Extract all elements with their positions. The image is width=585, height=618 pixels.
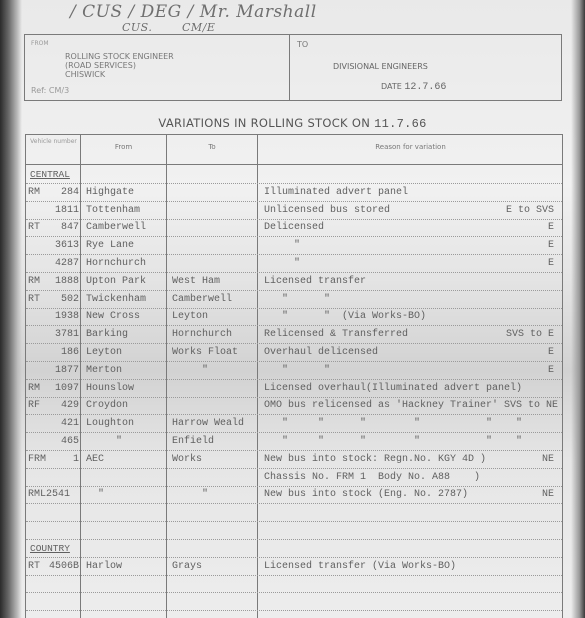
from-cell: Harlow [86, 561, 122, 572]
table-row: 1938New CrossLeyton " " (Via Works-BO) [26, 308, 562, 326]
vehicle-class: RM [28, 276, 40, 287]
reason-cell: Illuminated advert panel [264, 187, 408, 198]
from-cell: Tottenham [86, 205, 140, 216]
from-cell: Barking [86, 329, 128, 340]
table-row [26, 522, 562, 540]
vehicle-fleet-number: 186 [61, 347, 79, 358]
vehicle-fleet-number: 284 [61, 187, 79, 198]
vehicle-fleet-number: 1 [73, 454, 79, 465]
header-rule [26, 164, 562, 165]
title-date: 11.7.66 [374, 117, 427, 131]
table-row [26, 575, 562, 593]
handwritten-routing-annotation: / CUS / DEG / Mr. Marshall CUS. CM/E [70, 2, 317, 22]
table-row: RT4506BHarlowGraysLicensed transfer (Via… [26, 558, 562, 576]
table-row: RF429CroydonOMO bus relicensed as 'Hackn… [26, 397, 562, 415]
vehicle-class: RM [28, 383, 40, 394]
to-label: TO [297, 40, 308, 49]
division-code-cell: E [548, 347, 554, 358]
handwritten-sub-1: CUS. [122, 21, 152, 34]
table-row: 3781BarkingHornchurchRelicensed & Transf… [26, 326, 562, 344]
vehicle-fleet-number: 4506B [49, 561, 79, 572]
vehicle-fleet-number: 3613 [55, 240, 79, 251]
title-text: VARIATIONS IN ROLLING STOCK ON [158, 116, 370, 130]
date-field: DATE 12.7.66 [381, 82, 446, 93]
from-cell: Hounslow [86, 383, 134, 394]
table-row: RML2541 " "New bus into stock (Eng. No. … [26, 486, 562, 504]
date-label: DATE [381, 82, 402, 91]
to-cell: Harrow Weald [172, 418, 244, 429]
vehicle-class: RM [28, 187, 40, 198]
division-code-cell: SVS to E [506, 329, 554, 340]
reference-number: Ref: CM/3 [31, 86, 69, 95]
vehicle-fleet-number: 421 [61, 418, 79, 429]
to-cell: " [172, 365, 208, 376]
division-code-cell: E [548, 240, 554, 251]
from-cell: Leyton [86, 347, 122, 358]
from-cell: Hornchurch [86, 258, 146, 269]
from-label: FROM [31, 40, 49, 47]
division-code-cell: E [548, 222, 554, 233]
to-cell: Grays [172, 561, 202, 572]
to-cell: " [172, 489, 208, 500]
to-cell: Camberwell [172, 294, 232, 305]
vehicle-class: RT [28, 561, 40, 572]
reason-cell: " " " " " " [264, 436, 522, 447]
table-row: RT847CamberwellDelicensedE [26, 219, 562, 237]
table-row: 186LeytonWorks FloatOverhaul delicensedE [26, 344, 562, 362]
table-row: 1877Merton " " "E [26, 362, 562, 380]
reason-cell: New bus into stock (Eng. No. 2787) [264, 489, 468, 500]
section-header-row: COUNTRY [26, 540, 562, 558]
handwritten-text: / CUS / DEG / Mr. Marshall [70, 2, 317, 22]
reason-cell: Unlicensed bus stored [264, 205, 390, 216]
vehicle-fleet-number: 502 [61, 294, 79, 305]
reason-cell: New bus into stock: Regn.No. KGY 4D ) [264, 454, 486, 465]
to-cell: Leyton [172, 311, 208, 322]
table-row: FRM1AECWorksNew bus into stock: Regn.No.… [26, 451, 562, 469]
table-row: 1811TottenhamUnlicensed bus storedE to S… [26, 202, 562, 220]
handwritten-sub-2: CM/E [182, 21, 215, 34]
to-cell: Hornchurch [172, 329, 232, 340]
section-title: COUNTRY [30, 543, 70, 554]
table-row [26, 593, 562, 611]
table-row: 465 "Enfield " " " " " " [26, 433, 562, 451]
vehicle-fleet-number: 1938 [55, 311, 79, 322]
from-address: ROLLING STOCK ENGINEER (ROAD SERVICES) C… [65, 52, 174, 79]
from-cell: Twickenham [86, 294, 146, 305]
header-divider [289, 35, 290, 100]
from-line-3: CHISWICK [65, 70, 174, 79]
scan-left-edge-shadow [0, 0, 22, 618]
document-title: VARIATIONS IN ROLLING STOCK ON 11.7.66 [0, 116, 585, 131]
division-code-cell: E [548, 258, 554, 269]
table-row: 4287Hornchurch "E [26, 255, 562, 273]
vehicle-fleet-number: 4287 [55, 258, 79, 269]
vehicle-class: RML2541 [28, 489, 70, 500]
vehicle-fleet-number: 3781 [55, 329, 79, 340]
header-to: To [167, 143, 257, 151]
from-cell: Rye Lane [86, 240, 134, 251]
from-cell: Croydon [86, 400, 128, 411]
to-cell: Enfield [172, 436, 214, 447]
section-header-row: CENTRAL [26, 166, 562, 184]
reason-cell: Licensed transfer [264, 276, 366, 287]
to-recipient: DIVISIONAL ENGINEERS [333, 62, 428, 71]
vehicle-fleet-number: 1888 [55, 276, 79, 287]
variations-table: Vehicle number From To Reason for variat… [25, 134, 563, 618]
section-title: CENTRAL [30, 169, 70, 180]
vehicle-fleet-number: 465 [61, 436, 79, 447]
vehicle-fleet-number: 1877 [55, 365, 79, 376]
from-line-2: (ROAD SERVICES) [65, 61, 174, 70]
header-vehicle-number: Vehicle number [26, 138, 81, 146]
to-cell: Works Float [172, 347, 238, 358]
reason-cell: Delicensed [264, 222, 324, 233]
vehicle-class: RT [28, 294, 40, 305]
division-code-cell: NE [542, 489, 554, 500]
scan-right-edge-shadow [571, 0, 585, 618]
division-code-cell: NE [542, 454, 554, 465]
table-row: RM1097HounslowLicensed overhaul(Illumina… [26, 380, 562, 398]
vehicle-fleet-number: 847 [61, 222, 79, 233]
from-cell: Loughton [86, 418, 134, 429]
vehicle-fleet-number: 429 [61, 400, 79, 411]
table-row: RM284HighgateIlluminated advert panel [26, 184, 562, 202]
reason-cell: Chassis No. FRM 1 Body No. A88 ) [264, 472, 480, 483]
vehicle-class: FRM [28, 454, 46, 465]
reason-cell: Overhaul delicensed [264, 347, 378, 358]
reason-cell: " " " " " " [264, 418, 522, 429]
vehicle-fleet-number: 1811 [55, 205, 79, 216]
from-cell: Merton [86, 365, 122, 376]
from-cell: New Cross [86, 311, 140, 322]
from-cell: AEC [86, 454, 104, 465]
from-cell: " [86, 436, 122, 447]
table-row: RM1888Upton ParkWest HamLicensed transfe… [26, 273, 562, 291]
from-cell: Upton Park [86, 276, 146, 287]
vehicle-fleet-number: 1097 [55, 383, 79, 394]
to-cell: West Ham [172, 276, 220, 287]
vehicle-class: RT [28, 222, 40, 233]
reason-cell: " " [264, 294, 330, 305]
from-cell: Highgate [86, 187, 134, 198]
table-row: 3613Rye Lane "E [26, 237, 562, 255]
reason-cell: " [264, 258, 300, 269]
memo-header-box: FROM ROLLING STOCK ENGINEER (ROAD SERVIC… [24, 34, 562, 101]
table-row: 421LoughtonHarrow Weald " " " " " " [26, 415, 562, 433]
reason-cell: Relicensed & Transferred [264, 329, 408, 340]
reason-cell: Licensed transfer (Via Works-BO) [264, 561, 456, 572]
from-cell: Camberwell [86, 222, 146, 233]
to-cell: Works [172, 454, 202, 465]
header-from: From [81, 143, 166, 151]
division-code-cell: E [548, 365, 554, 376]
from-line-1: ROLLING STOCK ENGINEER [65, 52, 174, 61]
table-row: RT502TwickenhamCamberwell " " [26, 291, 562, 309]
reason-cell: " " (Via Works-BO) [264, 311, 426, 322]
reason-cell: " " [264, 365, 330, 376]
division-code-cell: E to SVS [506, 205, 554, 216]
table-row: Chassis No. FRM 1 Body No. A88 ) [26, 469, 562, 487]
reason-cell: Licensed overhaul(Illuminated advert pan… [264, 383, 522, 394]
header-reason: Reason for variation [258, 143, 563, 151]
vehicle-class: RF [28, 400, 40, 411]
date-value: 12.7.66 [404, 82, 446, 93]
table-row [26, 504, 562, 522]
reason-cell: " [264, 240, 300, 251]
from-cell: " [86, 489, 104, 500]
reason-cell: OMO bus relicensed as 'Hackney Trainer' … [264, 400, 558, 411]
